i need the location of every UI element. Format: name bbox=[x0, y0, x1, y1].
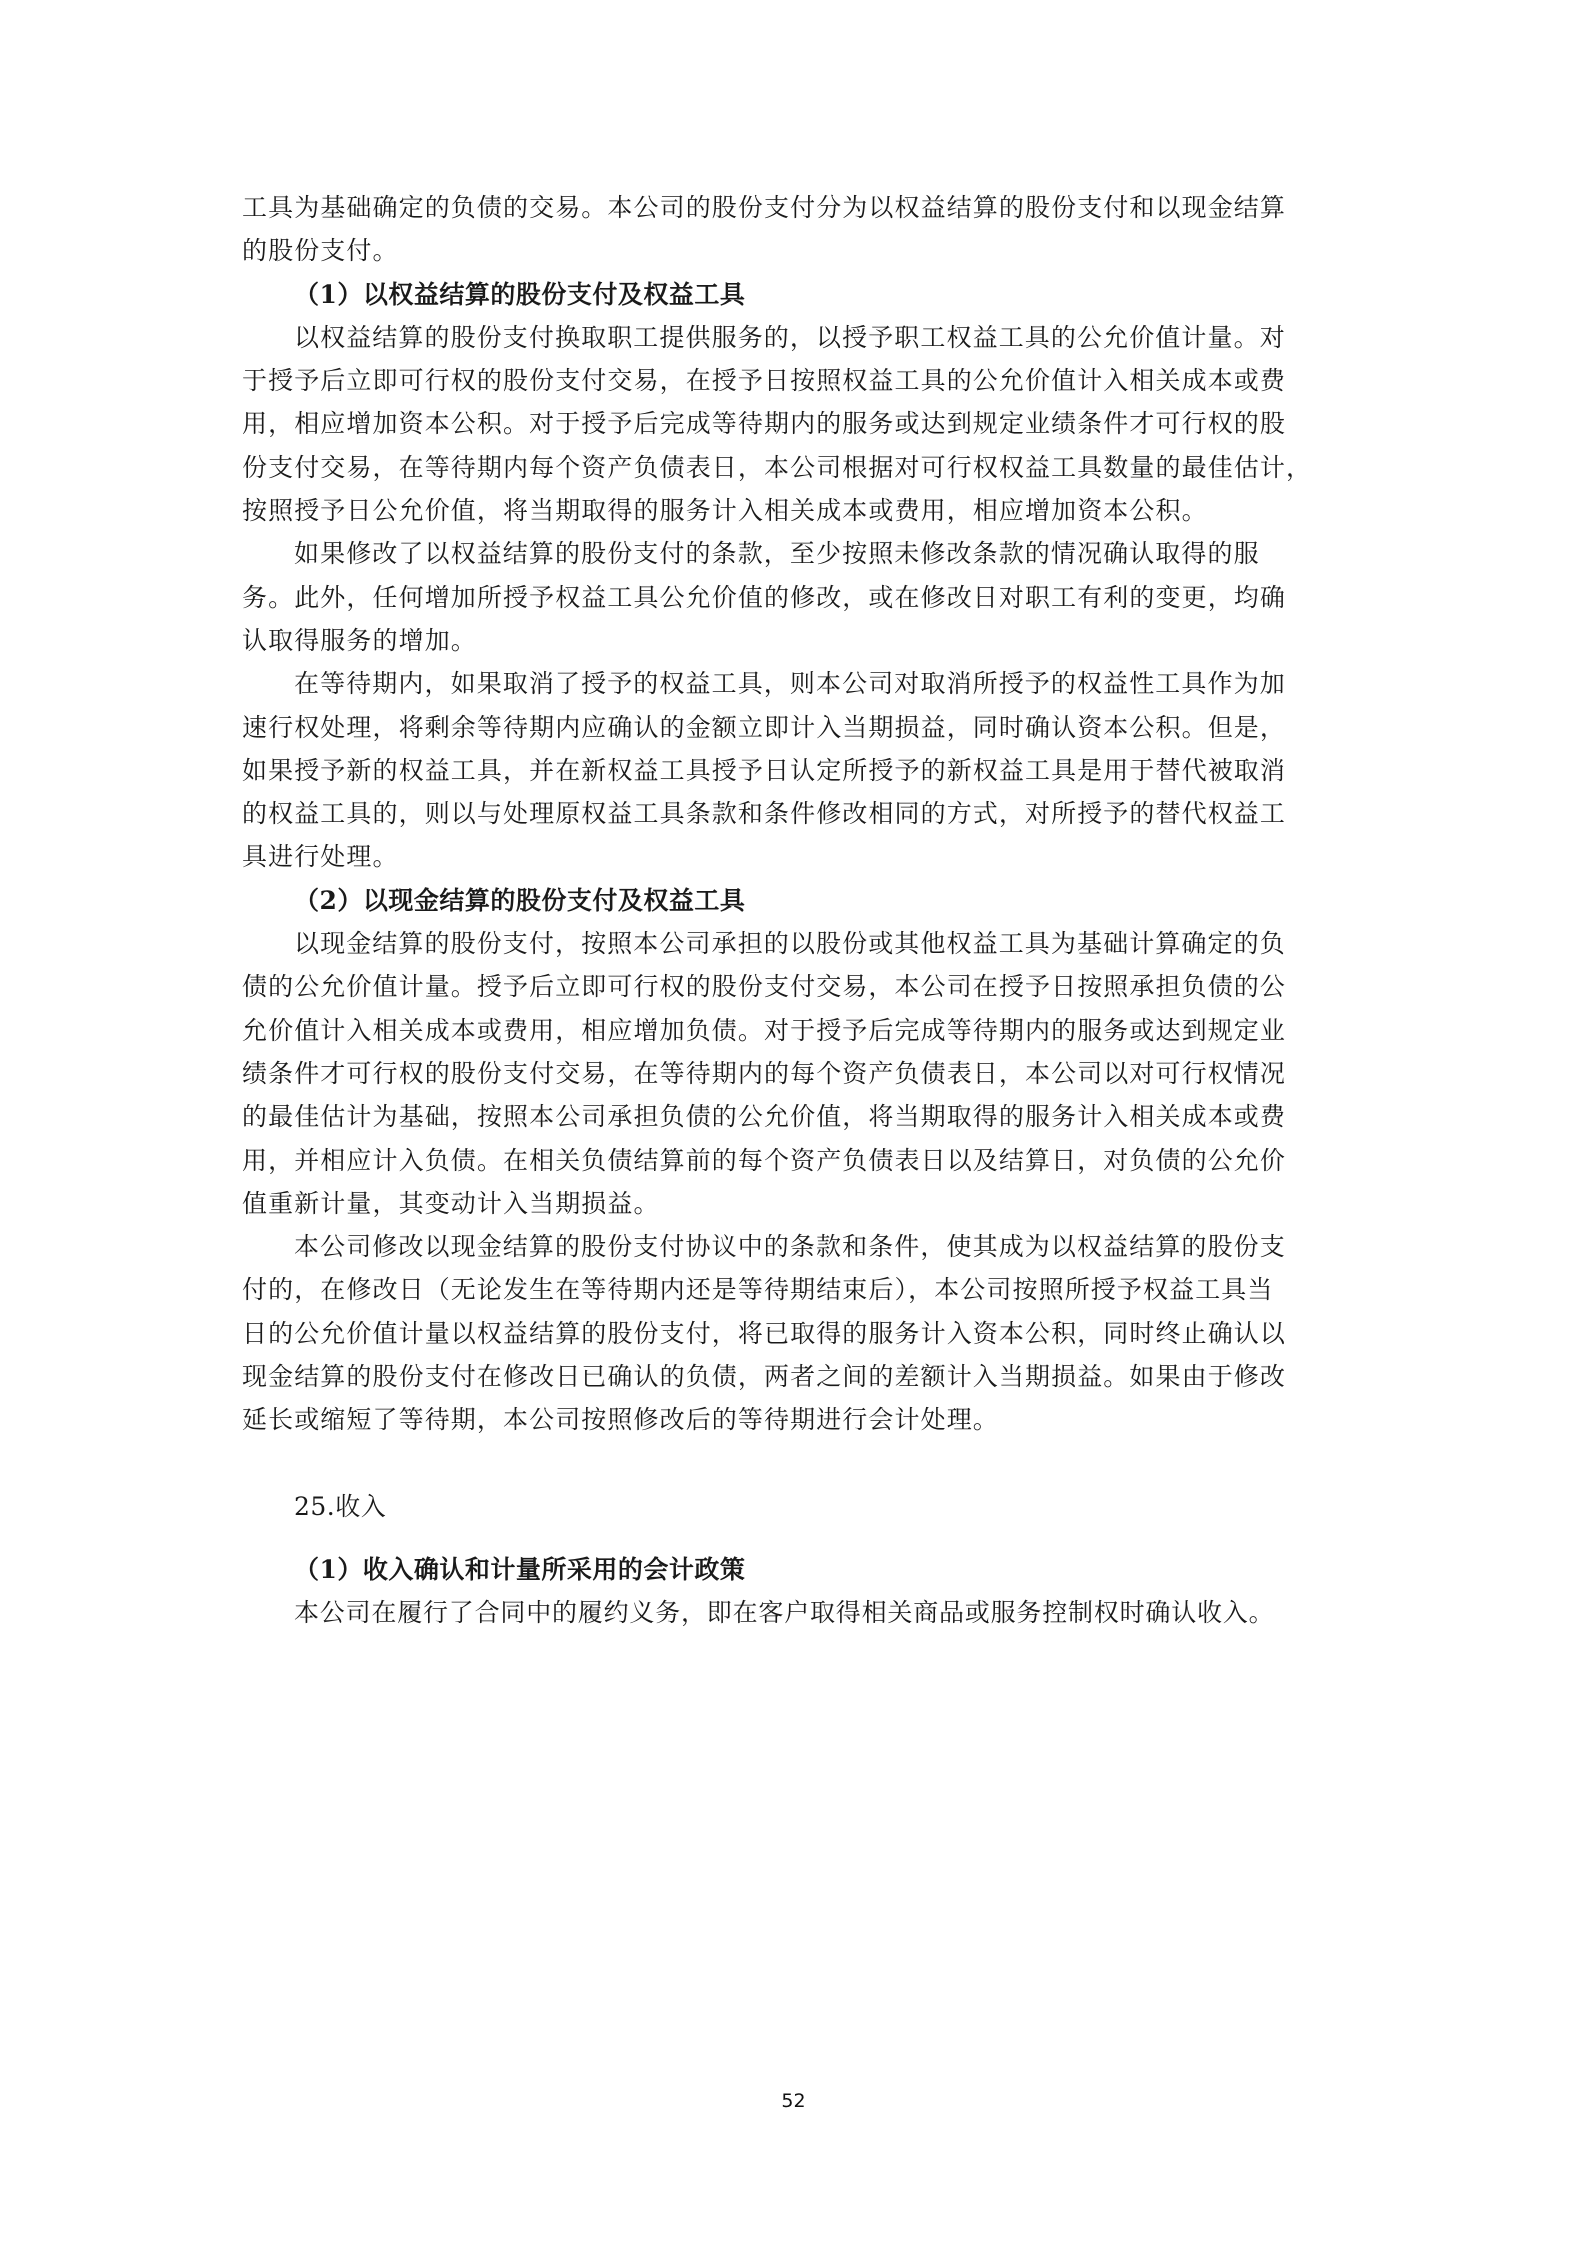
paragraph-line: 在等待期内，如果取消了授予的权益工具，则本公司对取消所授予的权益性工具作为加 bbox=[242, 662, 1352, 705]
paragraph-line: 以现金结算的股份支付，按照本公司承担的以股份或其他权益工具为基础计算确定的负 bbox=[242, 922, 1352, 965]
paragraph-line: 付的，在修改日（无论发生在等待期内还是等待期结束后），本公司按照所授予权益工具当 bbox=[242, 1268, 1352, 1311]
paragraph-line: 的最佳估计为基础，按照本公司承担负债的公允价值，将当期取得的服务计入相关成本或费 bbox=[242, 1095, 1352, 1138]
paragraph-line: 如果授予新的权益工具，并在新权益工具授予日认定所授予的新权益工具是用于替代被取消 bbox=[242, 749, 1352, 792]
paragraph-line: 认取得服务的增加。 bbox=[242, 619, 1352, 662]
paragraph-line: 于授予后立即可行权的股份支付交易，在授予日按照权益工具的公允价值计入相关成本或费 bbox=[242, 359, 1352, 402]
paragraph-line: 的权益工具的，则以与处理原权益工具条款和条件修改相同的方式，对所授予的替代权益工 bbox=[242, 792, 1352, 835]
paragraph-line: 如果修改了以权益结算的股份支付的条款，至少按照未修改条款的情况确认取得的服 bbox=[242, 532, 1352, 575]
section-spacer bbox=[242, 1442, 1352, 1485]
paragraph-line: 延长或缩短了等待期，本公司按照修改后的等待期进行会计处理。 bbox=[242, 1398, 1352, 1441]
paragraph-line: 用，相应增加资本公积。对于授予后完成等待期内的服务或达到规定业绩条件才可行权的股 bbox=[242, 402, 1352, 445]
paragraph-line: 份支付交易，在等待期内每个资产负债表日，本公司根据对可行权权益工具数量的最佳估计… bbox=[242, 446, 1352, 489]
paragraph-line: 工具为基础确定的负债的交易。本公司的股份支付分为以权益结算的股份支付和以现金结算 bbox=[242, 186, 1352, 229]
paragraph-line: 本公司修改以现金结算的股份支付协议中的条款和条件，使其成为以权益结算的股份支 bbox=[242, 1225, 1352, 1268]
paragraph-line: 按照授予日公允价值，将当期取得的服务计入相关成本或费用，相应增加资本公积。 bbox=[242, 489, 1352, 532]
paragraph-line: 日的公允价值计量以权益结算的股份支付，将已取得的服务计入资本公积，同时终止确认以 bbox=[242, 1312, 1352, 1355]
paragraph-line: 用，并相应计入负债。在相关负债结算前的每个资产负债表日以及结算日，对负债的公允价 bbox=[242, 1139, 1352, 1182]
heading-equity-settled: （1）以权益结算的股份支付及权益工具 bbox=[242, 273, 1352, 316]
section-title-revenue: 25.收入 bbox=[242, 1485, 1352, 1528]
paragraph-line: 绩条件才可行权的股份支付交易，在等待期内的每个资产负债表日，本公司以对可行权情况 bbox=[242, 1052, 1352, 1095]
heading-cash-settled: （2）以现金结算的股份支付及权益工具 bbox=[242, 879, 1352, 922]
page-number: 52 bbox=[0, 2090, 1587, 2112]
paragraph-line: 允价值计入相关成本或费用，相应增加负债。对于授予后完成等待期内的服务或达到规定业 bbox=[242, 1009, 1352, 1052]
subheading-revenue-policy: （1）收入确认和计量所采用的会计政策 bbox=[242, 1548, 1352, 1591]
paragraph-line: 务。此外，任何增加所授予权益工具公允价值的修改，或在修改日对职工有利的变更，均确 bbox=[242, 576, 1352, 619]
paragraph-line: 的股份支付。 bbox=[242, 229, 1352, 272]
document-body: 工具为基础确定的负债的交易。本公司的股份支付分为以权益结算的股份支付和以现金结算… bbox=[242, 186, 1352, 1635]
paragraph-line: 现金结算的股份支付在修改日已确认的负债，两者之间的差额计入当期损益。如果由于修改 bbox=[242, 1355, 1352, 1398]
section-spacer bbox=[242, 1528, 1352, 1548]
paragraph-line: 速行权处理，将剩余等待期内应确认的金额立即计入当期损益，同时确认资本公积。但是， bbox=[242, 706, 1352, 749]
paragraph-line: 债的公允价值计量。授予后立即可行权的股份支付交易，本公司在授予日按照承担负债的公 bbox=[242, 965, 1352, 1008]
paragraph-line: 值重新计量，其变动计入当期损益。 bbox=[242, 1182, 1352, 1225]
paragraph-line: 以权益结算的股份支付换取职工提供服务的，以授予职工权益工具的公允价值计量。对 bbox=[242, 316, 1352, 359]
paragraph-line: 本公司在履行了合同中的履约义务，即在客户取得相关商品或服务控制权时确认收入。 bbox=[242, 1591, 1352, 1634]
paragraph-line: 具进行处理。 bbox=[242, 835, 1352, 878]
